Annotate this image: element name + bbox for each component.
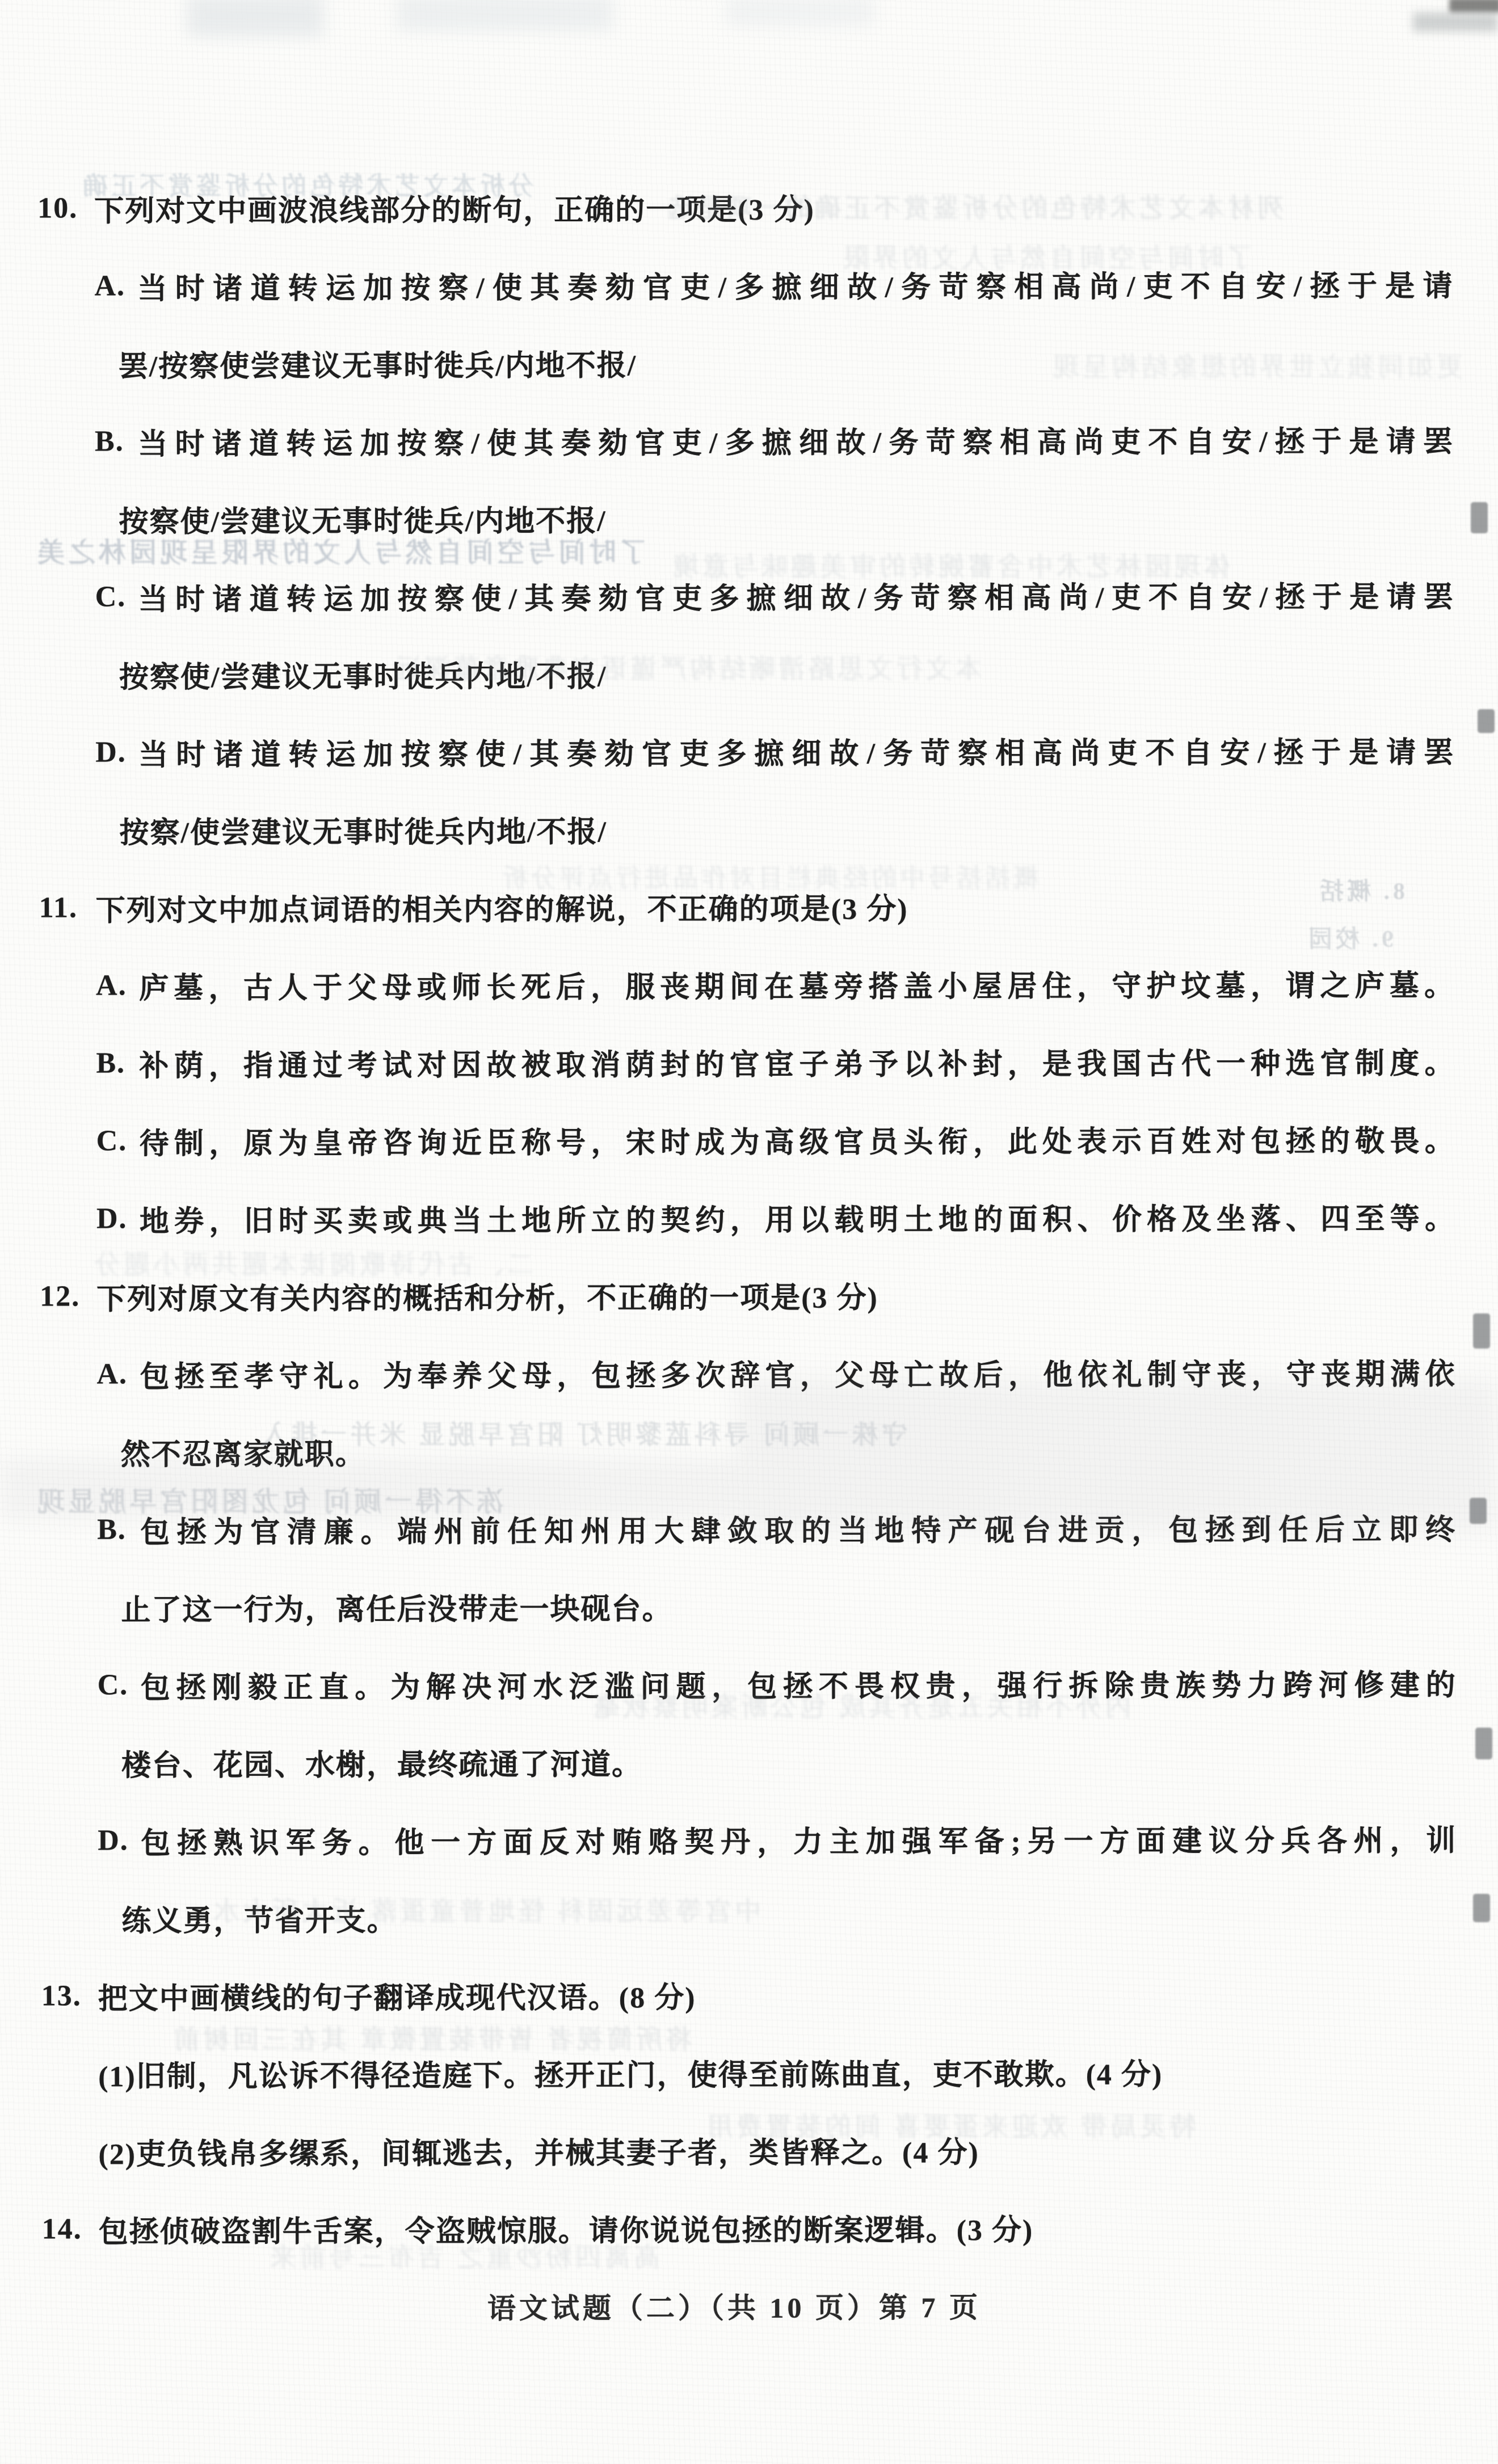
question-number: 12. [40, 1279, 96, 1313]
line-text: 下列对文中加点词语的相关内容的解说，不正确的项是(3 分) [96, 883, 1455, 929]
question-number: 13. [41, 1979, 98, 2012]
line-text: 包拯侦破盗割牛舌案，令盗贼惊服。请你说说包拯的断案逻辑。(3 分) [99, 2205, 1458, 2250]
question-13-subitem-2: (2)吏负钱帛多缧系，间辄逃去，并械其妻子者，类皆释之。(4 分) [2, 2109, 1498, 2191]
line-text: 按察使/尝建议无事时徙兵内地/不报/ [119, 650, 1454, 696]
option-11D-line1: D.地券，旧时买卖或典当土地所立的契约，用以载明土地的面积、价格及坐落、四至等。 [0, 1177, 1498, 1258]
line-text: 地券，旧时买卖或典当土地所立的契约，用以载明土地的面积、价格及坐落、四至等。 [140, 1194, 1455, 1240]
question-12: 12.下列对原文有关内容的概括和分析，不正确的一项是(3 分) [0, 1254, 1498, 1336]
option-10A-line2: 罢/按察使尝建议无事时徙兵/内地不报/ [0, 322, 1496, 403]
question-10: 10.下列对文中画波浪线部分的断句，正确的一项是(3 分) [0, 166, 1496, 247]
line-text: 把文中画横线的句子翻译成现代汉语。(8 分) [98, 1972, 1457, 2017]
option-label: D. [95, 735, 138, 769]
line-text: 当时诸道转运加按察使/其奏劾官吏多摭细故/务苛察相高尚/吏不自安/拯于是请罢 [138, 572, 1454, 618]
option-12A-line1: A.包拯至孝守礼。为奉养父母，包拯多次辞官，父母亡故后，他依礼制守丧，守丧期满依 [0, 1332, 1498, 1413]
line-text: 止了这一行为，离任后没带走一块砚台。 [121, 1583, 1456, 1628]
option-10C-line2: 按察使/尝建议无事时徙兵内地/不报/ [0, 633, 1497, 714]
edge-ink-mark [1471, 502, 1488, 533]
line-text: 包拯刚毅正直。为解决河水泛滥问题，包拯不畏权贵，强行拆除贵族势力跨河修建的 [141, 1661, 1457, 1706]
line-text: 按察/使尝建议无事时徙兵内地/不报/ [119, 806, 1454, 851]
option-label: B. [97, 1513, 140, 1546]
option-11A-line1: A.庐墓，古人于父母或师长死后，服丧期间在墓旁搭盖小屋居住，守护坟墓，谓之庐墓。 [0, 944, 1497, 1025]
scanned-exam-page: 分析本文艺术特色的分析鉴赏不正确列材本文艺术特色的分析鉴赏不正确的一项是选了时间… [0, 0, 1498, 2464]
option-10B-line1: B.当时诸道转运加按察/使其奏劾官吏/多摭细故/务苛察相高尚吏不自安/拯于是请罢 [0, 399, 1496, 481]
question-number: 11. [39, 891, 96, 924]
line-text: 下列对文中画波浪线部分的断句，正确的一项是(3 分) [94, 184, 1453, 229]
edge-ink-mark [1475, 1728, 1492, 1759]
option-12C-line1: C.包拯刚毅正直。为解决河水泛滥问题，包拯不畏权贵，强行拆除贵族势力跨河修建的 [1, 1643, 1498, 1724]
line-text: 包拯至孝守礼。为奉养父母，包拯多次辞官，父母亡故后，他依礼制守丧，守丧期满依 [140, 1350, 1455, 1395]
page-footer-text: 语文试题（二）（共 10 页）第 7 页 [487, 2285, 981, 2327]
edge-ink-mark [1473, 1313, 1490, 1349]
question-number: 14. [42, 2212, 99, 2246]
line-text: 罢/按察使尝建议无事时徙兵/内地不报/ [119, 339, 1454, 385]
question-13: 13.把文中画横线的句子翻译成现代汉语。(8 分) [2, 1954, 1498, 2035]
edge-ink-mark [1470, 1498, 1487, 1524]
option-label: C. [96, 1124, 140, 1157]
option-11B-line1: B.补荫，指通过考试对因故被取消荫封的官宦子弟予以补封，是我国古代一种选官制度。 [0, 1021, 1498, 1102]
line-text: 楼台、花园、水榭，最终疏通了河道。 [121, 1738, 1457, 1784]
option-11C-line1: C.待制，原为皇帝咨询近臣称号，宋时成为高级官员头衔，此处表示百姓对包拯的敬畏。 [0, 1099, 1498, 1180]
edge-ink-mark [1473, 1894, 1490, 1922]
option-label: A. [96, 1357, 140, 1391]
line-text: 当时诸道转运加按察/使其奏劾官吏/多摭细故/务苛察相高尚吏不自安/拯于是请罢 [138, 417, 1454, 462]
option-10A-line1: A.当时诸道转运加按察/使其奏劾官吏/多摭细故/务苛察相高尚/吏不自安/拯于是请 [0, 244, 1496, 325]
option-label: A. [96, 968, 139, 1002]
line-text: 当时诸道转运加按察使/其奏劾官吏多摭细故/务苛察相高尚吏不自安/拯于是请罢 [138, 728, 1454, 773]
option-10D-line2: 按察/使尝建议无事时徙兵内地/不报/ [0, 788, 1497, 869]
exam-body: 10.下列对文中画波浪线部分的断句，正确的一项是(3 分)A.当时诸道转运加按察… [0, 0, 1498, 2464]
option-12C-line2: 楼台、花园、水榭，最终疏通了河道。 [1, 1721, 1498, 1802]
option-label: A. [94, 269, 137, 302]
question-11: 11.下列对文中加点词语的相关内容的解说，不正确的项是(3 分) [0, 866, 1497, 947]
line-text: 按察使/尝建议无事时徙兵/内地不报/ [119, 495, 1454, 540]
line-text: 练义勇，节省开支。 [121, 1894, 1457, 1939]
question-number: 10. [37, 191, 94, 225]
question-14: 14.包拯侦破盗割牛舌案，令盗贼惊服。请你说说包拯的断案逻辑。(3 分) [2, 2187, 1498, 2268]
option-10D-line1: D.当时诸道转运加按察使/其奏劾官吏多摭细故/务苛察相高尚吏不自安/拯于是请罢 [0, 710, 1497, 791]
option-12D-line1: D.包拯熟识军务。他一方面反对贿赂契丹，力主加强军备;另一方面建议分兵各州，训 [1, 1798, 1498, 1880]
line-text: 当时诸道转运加按察/使其奏劾官吏/多摭细故/务苛察相高尚/吏不自安/拯于是请 [137, 262, 1453, 307]
line-text: 然不忍离家就职。 [121, 1427, 1456, 1473]
option-label: B. [96, 1046, 139, 1080]
option-label: D. [96, 1202, 140, 1235]
line-text: 包拯为官清廉。端州前任知州用大肆敛取的当地特产砚台进贡，包拯到任后立即终 [140, 1505, 1456, 1551]
option-10C-line1: C.当时诸道转运加按察使/其奏劾官吏多摭细故/务苛察相高尚/吏不自安/拯于是请罢 [0, 555, 1497, 636]
line-text: 包拯熟识军务。他一方面反对贿赂契丹，力主加强军备;另一方面建议分兵各州，训 [141, 1816, 1457, 1861]
line-text: 下列对原文有关内容的概括和分析，不正确的一项是(3 分) [96, 1272, 1455, 1317]
option-12B-line2: 止了这一行为，离任后没带走一块砚台。 [1, 1565, 1498, 1646]
edge-ink-mark [1478, 709, 1495, 733]
option-label: D. [98, 1823, 141, 1857]
option-label: C. [95, 580, 138, 613]
option-12A-line2: 然不忍离家就职。 [1, 1410, 1498, 1491]
option-10B-line2: 按察使/尝建议无事时徙兵/内地不报/ [0, 477, 1497, 558]
option-label: C. [98, 1668, 141, 1701]
line-text: 待制，原为皇帝咨询近臣称号，宋时成为高级官员头衔，此处表示百姓对包拯的敬畏。 [140, 1117, 1455, 1162]
line-text: 补荫，指通过考试对因故被取消荫封的官宦子弟予以补封，是我国古代一种选官制度。 [139, 1039, 1455, 1084]
page-footer: 语文试题（二）（共 10 页）第 7 页 [2, 2265, 1498, 2346]
option-12B-line1: B.包拯为官清廉。端州前任知州用大肆敛取的当地特产砚台进贡，包拯到任后立即终 [1, 1488, 1498, 1569]
line-text: (1)旧制，凡讼诉不得径造庭下。拯开正门，使得至前陈曲直，吏不敢欺。(4 分) [98, 2049, 1457, 2095]
question-13-subitem-1: (1)旧制，凡讼诉不得径造庭下。拯开正门，使得至前陈曲直，吏不敢欺。(4 分) [2, 2032, 1498, 2113]
line-text: (2)吏负钱帛多缧系，间辄逃去，并械其妻子者，类皆释之。(4 分) [98, 2127, 1457, 2172]
line-text: 庐墓，古人于父母或师长死后，服丧期间在墓旁搭盖小屋居住，守护坟墓，谓之庐墓。 [139, 961, 1455, 1006]
option-12D-line2: 练义勇，节省开支。 [1, 1876, 1498, 1957]
option-label: B. [95, 424, 138, 458]
